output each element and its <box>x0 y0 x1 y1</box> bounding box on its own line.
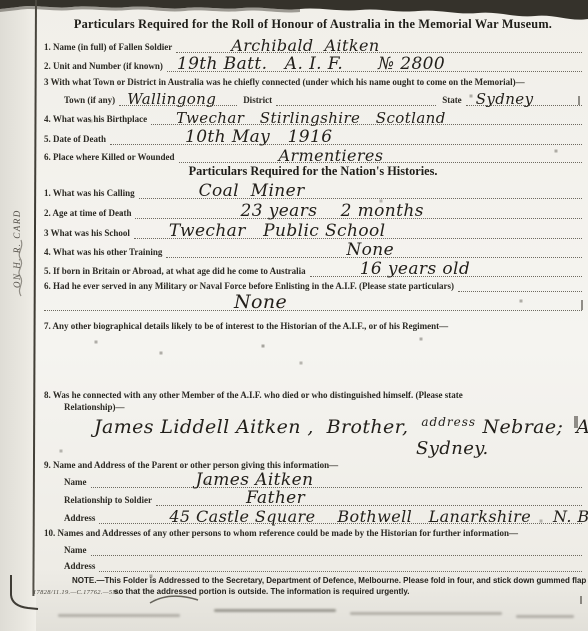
unit-number-line: 19th Batt. A. I. F. № 2800 <box>167 63 582 72</box>
handwritten-other-training: None <box>346 240 394 260</box>
reference-address-label: Address <box>64 561 99 572</box>
field-prior-service-question: 6. Had he ever served in any Military or… <box>44 277 582 292</box>
place-killed-line: Armentieres <box>179 154 582 163</box>
informant-relationship-line: Father <box>156 497 582 506</box>
place-killed-label: 6. Place where Killed or Wounded <box>44 152 179 163</box>
prior-service-trailing-line <box>458 283 582 292</box>
field-school: 3 What was his SchoolTwechar Public Scho… <box>44 219 582 239</box>
district-label: District <box>237 95 276 106</box>
town-district-question-label: 3 With what Town or District in Australi… <box>44 77 525 88</box>
handwritten-age-came: 16 years old <box>360 259 470 279</box>
age-at-death-line: 23 years 2 months <box>135 210 582 219</box>
field-aif-connection-question: 8. Was he connected with any other Membe… <box>44 388 582 401</box>
handwritten-unit-number: 19th Batt. A. I. F. № 2800 <box>177 54 445 74</box>
bottom-smudge <box>350 612 502 615</box>
handwritten-informant-address: 45 Castle Square Bothwell Lanarkshire N.… <box>169 507 588 526</box>
field-informant-relationship: Relationship to SoldierFather <box>64 488 582 506</box>
aif-connection-address-word: address <box>421 415 476 429</box>
calling-label: 1. What was his Calling <box>44 188 139 199</box>
field-town-district-state: Town (if any)WallingongDistrictStateSydn… <box>64 88 582 106</box>
field-informant-question: 9. Name and Address of the Parent or oth… <box>44 457 582 471</box>
handwritten-informant-name: James Aitken <box>196 470 314 490</box>
other-training-label: 4. What was his other Training <box>44 247 166 258</box>
aif-connection-place: Nebrae; Albion Park <box>476 416 588 438</box>
edge-mark <box>578 96 580 105</box>
field-soldier-name: 1. Name (in full) of Fallen SoldierArchi… <box>44 34 582 53</box>
field-birthplace: 4. What was his BirthplaceTwechar Stirli… <box>44 106 582 125</box>
informant-address-label: Address <box>64 513 99 524</box>
handwritten-state: Sydney <box>476 90 534 108</box>
form-content: Particulars Required for the Roll of Hon… <box>44 16 582 597</box>
reference-address-line <box>99 563 582 572</box>
bottom-smudge <box>214 609 336 612</box>
field-informant-name: NameJames Aitken <box>64 471 582 488</box>
prior-service-line: None <box>44 302 582 311</box>
handwritten-calling: Coal Miner <box>199 181 305 201</box>
field-reference-address: Address <box>64 556 582 572</box>
date-of-death-label: 5. Date of Death <box>44 134 110 145</box>
handwritten-aif-connection-line2: Sydney. <box>416 438 489 459</box>
field-references-question: 10. Names and Addresses of any other per… <box>44 524 582 539</box>
torn-paper-edge-top <box>0 0 588 26</box>
histories-section-title: Particulars Required for the Nation's Hi… <box>44 164 582 180</box>
soldier-name-line: Archibald Aitken <box>176 44 582 53</box>
reference-name-label: Name <box>64 545 91 556</box>
field-other-training: 4. What was his other TrainingNone <box>44 239 582 258</box>
edge-mark <box>574 416 578 428</box>
aif-connection-label-line2: Relationship)— <box>64 402 125 413</box>
school-label: 3 What was his School <box>44 228 134 239</box>
informant-name-label: Name <box>64 477 91 488</box>
blank-space <box>44 332 582 388</box>
state-line: Sydney <box>466 97 582 106</box>
handwritten-age: 23 years 2 months <box>240 201 423 221</box>
age-at-death-label: 2. Age at time of Death <box>44 208 135 219</box>
school-line: Twechar Public School <box>134 230 582 239</box>
birthplace-line: Twechar Stirlingshire Scotland <box>151 116 582 125</box>
handwritten-birthplace: Twechar Stirlingshire Scotland <box>176 109 446 127</box>
date-of-death-line: 10th May 1916 <box>110 136 582 145</box>
calling-line: Coal Miner <box>139 190 582 199</box>
handwritten-place-killed: Armentieres <box>279 146 384 165</box>
birthplace-label: 4. What was his Birthplace <box>44 114 151 125</box>
state-label: State <box>436 95 466 106</box>
handwritten-aif-connection: James Liddell Aitken , Brother, address … <box>44 413 582 457</box>
field-age-came-to-australia: 5. If born in Britain or Abroad, at what… <box>44 258 582 277</box>
bottom-smudge <box>516 615 574 618</box>
field-biographical-details: 7. Any other biographical details likely… <box>44 316 582 332</box>
biographical-details-label: 7. Any other biographical details likely… <box>44 321 448 332</box>
other-training-line: None <box>166 249 582 258</box>
field-town-district-question: 3 With what Town or District in Australi… <box>44 72 582 88</box>
illegible-script-mark <box>14 238 28 298</box>
handwritten-date-of-death: 10th May 1916 <box>185 127 332 147</box>
unit-number-label: 2. Unit and Number (if known) <box>44 61 167 72</box>
age-came-label: 5. If born in Britain or Abroad, at what… <box>44 266 310 277</box>
aif-connection-names: James Liddell Aitken , Brother, <box>94 416 421 438</box>
town-label: Town (if any) <box>64 95 119 106</box>
town-line: Wallingong <box>119 97 237 106</box>
district-line <box>276 97 436 106</box>
left-page-margin <box>0 0 36 631</box>
field-aif-connection-question2: Relationship)— <box>44 401 582 413</box>
field-prior-service-answer: None <box>44 292 582 311</box>
edge-mark <box>581 300 583 310</box>
informant-name-line: James Aitken <box>91 479 583 488</box>
field-calling: 1. What was his CallingCoal Miner <box>44 180 582 199</box>
handwritten-soldier-name: Archibald Aitken <box>231 36 379 55</box>
paper-speckles <box>0 0 2 2</box>
field-reference-name: Name <box>64 539 582 556</box>
handwritten-prior-service: None <box>234 291 287 313</box>
age-came-line: 16 years old <box>310 268 582 277</box>
handwritten-school: Twechar Public School <box>169 221 386 241</box>
handwritten-aif-connection-line1: James Liddell Aitken , Brother, address … <box>94 415 588 438</box>
edge-mark <box>580 596 582 604</box>
handwritten-informant-relationship: Father <box>246 488 305 508</box>
field-place-killed: 6. Place where Killed or WoundedArmentie… <box>44 145 582 163</box>
scanned-war-museum-form: Particulars Required for the Roll of Hon… <box>0 0 588 631</box>
bottom-left-fold-mark <box>0 575 240 625</box>
aif-connection-label-line1: 8. Was he connected with any other Membe… <box>44 390 463 401</box>
field-date-of-death: 5. Date of Death10th May 1916 <box>44 125 582 145</box>
field-informant-address: Address45 Castle Square Bothwell Lanarks… <box>64 506 582 524</box>
soldier-name-label: 1. Name (in full) of Fallen Soldier <box>44 42 176 53</box>
informant-relationship-label: Relationship to Soldier <box>64 495 156 506</box>
handwritten-town: Wallingong <box>127 90 216 108</box>
reference-name-line <box>91 547 583 556</box>
references-question-label: 10. Names and Addresses of any other per… <box>44 528 518 539</box>
informant-address-line: 45 Castle Square Bothwell Lanarkshire N.… <box>99 515 582 524</box>
field-unit-number: 2. Unit and Number (if known)19th Batt. … <box>44 53 582 72</box>
field-age-at-death: 2. Age at time of Death23 years 2 months <box>44 199 582 219</box>
bottom-smudge <box>58 614 180 617</box>
